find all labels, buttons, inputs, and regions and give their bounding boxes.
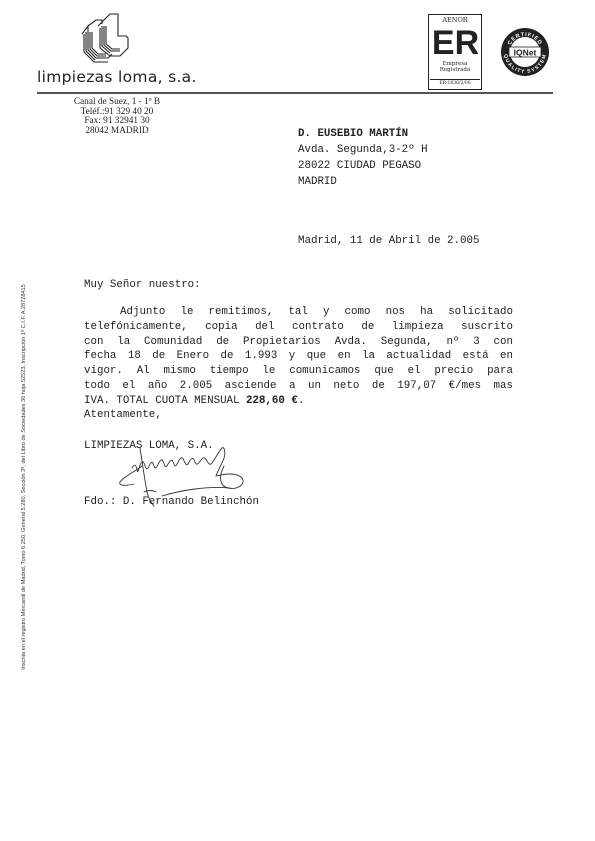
closing: Atentamente, xyxy=(84,409,162,421)
signed-by: Fdo.: D. Fernando Belinchón xyxy=(84,496,259,508)
body-line: Adjunto le remitimos, tal y como nos ha … xyxy=(84,305,513,320)
body-total-line: IVA. TOTAL CUOTA MENSUAL 228,60 €. xyxy=(84,394,513,409)
letter-date: Madrid, 11 de Abril de 2.005 xyxy=(298,235,479,247)
recipient-street: Avda. Segunda,3-2º H xyxy=(298,142,428,158)
iqnet-certified-seal-icon: CERTIFIED QUALITY SYSTEM IQNet xyxy=(500,27,550,77)
body-line: todo el año 2.005 asciende a un neto de … xyxy=(84,379,513,394)
body-line: fecha 18 de Enero de 1.993 y que en la a… xyxy=(84,349,513,364)
aenor-subtitle: Empresa Registrada xyxy=(429,61,481,73)
sender-address: Canal de Suez, 1 - 1º B Teléf.:91 329 40… xyxy=(62,98,172,136)
svg-text:ER: ER xyxy=(433,24,478,56)
ll-monogram-logo-icon xyxy=(76,12,136,64)
aenor-code: ER-1836/2/00 xyxy=(430,79,480,88)
salutation: Muy Señor nuestro: xyxy=(84,279,201,291)
er-mark-icon: ER xyxy=(433,24,478,56)
header-divider xyxy=(37,92,553,94)
company-registry-info: Inscrita en el registro Mercantil de Mad… xyxy=(21,262,27,692)
body-line: con la Comunidad de Propietarios Avda. S… xyxy=(84,335,513,350)
aenor-title: AENOR xyxy=(429,16,481,24)
total-suffix: . xyxy=(298,395,304,407)
body-line: telefónicamente, copia del contrato de l… xyxy=(84,320,513,335)
sender-city: 28042 MADRID xyxy=(62,127,172,137)
recipient-postal-city: 28022 CIUDAD PEGASO xyxy=(298,158,428,174)
company-name: limpiezas loma, s.a. xyxy=(37,68,197,86)
total-prefix: IVA. TOTAL CUOTA MENSUAL xyxy=(84,395,246,407)
total-amount: 228,60 € xyxy=(246,395,298,407)
svg-text:IQNet: IQNet xyxy=(514,47,537,57)
recipient-name: D. EUSEBIO MARTÍN xyxy=(298,126,428,142)
letter-body: Adjunto le remitimos, tal y como nos ha … xyxy=(84,305,513,409)
recipient-address: D. EUSEBIO MARTÍN Avda. Segunda,3-2º H 2… xyxy=(298,126,428,190)
body-line: vigor. Al mismo tiempo le comunicamos qu… xyxy=(84,364,513,379)
recipient-region: MADRID xyxy=(298,174,428,190)
aenor-certification-badge: AENOR ER Empresa Registrada ER-1836/2/00 xyxy=(428,14,482,90)
aenor-subtitle-line2: Registrada xyxy=(429,67,481,73)
